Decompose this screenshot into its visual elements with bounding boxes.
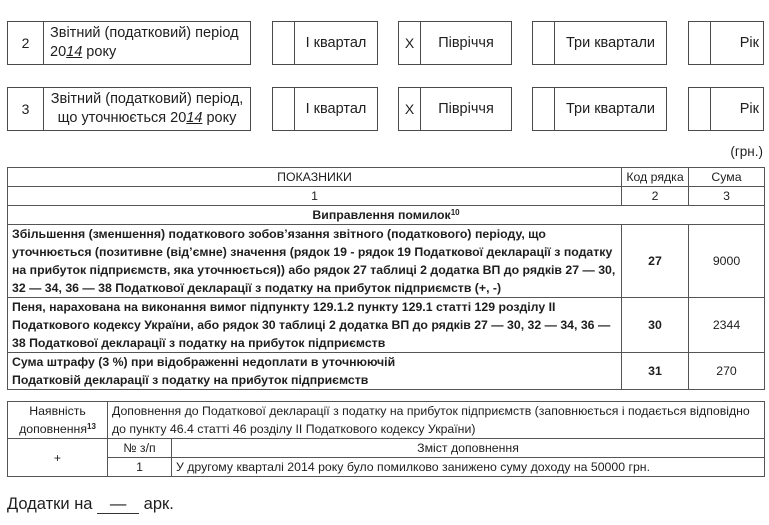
- option-half-year-row3[interactable]: X Півріччя: [398, 87, 512, 131]
- section-title: Виправлення помилок10: [8, 206, 765, 225]
- option-label: Півріччя: [421, 22, 511, 64]
- checkbox-half-year[interactable]: X: [399, 22, 421, 64]
- supplement-header-row: Наявність доповнення13 Доповнення до Под…: [8, 402, 765, 439]
- sheets-count[interactable]: —: [97, 496, 139, 514]
- option-q1-row2[interactable]: І квартал: [272, 21, 378, 65]
- checkbox-year[interactable]: [689, 22, 711, 64]
- table-row: Збільшення (зменшення) податкового зобов…: [8, 225, 765, 298]
- attachments-line: Додатки на — арк.: [7, 495, 174, 514]
- supplement-row: 1 У другому кварталі 2014 року було поми…: [8, 458, 765, 477]
- checkbox-q1[interactable]: [273, 22, 295, 64]
- checkbox-half-year[interactable]: X: [399, 88, 421, 130]
- option-label: І квартал: [295, 22, 377, 64]
- option-half-year-row2[interactable]: X Півріччя: [398, 21, 512, 65]
- section-row: Виправлення помилок10: [8, 206, 765, 225]
- currency-unit: (грн.): [730, 144, 763, 159]
- row-amount[interactable]: 2344: [689, 298, 765, 353]
- table-row: Сума штрафу (3 %) при відображенні недоп…: [8, 353, 765, 390]
- option-three-quarters-row3[interactable]: Три квартали: [532, 87, 667, 131]
- presence-label: Наявність доповнення13: [8, 402, 108, 439]
- indicators-table: ПОКАЗНИКИ Код рядка Сума 1 2 3 Виправлен…: [7, 167, 765, 390]
- option-label: Рік: [711, 22, 763, 64]
- row-amount[interactable]: 9000: [689, 225, 765, 298]
- period-title-box-2: 2 Звітний (податковий) період 2014 року: [7, 21, 251, 65]
- supplement-row-content[interactable]: У другому кварталі 2014 року було помилк…: [172, 458, 765, 477]
- header-line-code: Код рядка: [622, 168, 689, 187]
- header-amount: Сума: [689, 168, 765, 187]
- period-row-number: 2: [8, 22, 44, 64]
- checkbox-year[interactable]: [689, 88, 711, 130]
- option-three-quarters-row2[interactable]: Три квартали: [532, 21, 667, 65]
- period-title: Звітний (податковий) період, що уточнюєт…: [44, 88, 250, 130]
- supplement-row-number: 1: [108, 458, 172, 477]
- row-description: Збільшення (зменшення) податкового зобов…: [8, 225, 622, 298]
- header-row: ПОКАЗНИКИ Код рядка Сума: [8, 168, 765, 187]
- col-content-header: Зміст доповнення: [172, 439, 765, 458]
- option-label: Три квартали: [555, 88, 666, 130]
- row-code: 27: [622, 225, 689, 298]
- footnote-ref: 10: [451, 208, 460, 217]
- supplement-description: Доповнення до Податкової декларації з по…: [108, 402, 765, 439]
- header-indicators: ПОКАЗНИКИ: [8, 168, 622, 187]
- year-underlined: 14: [186, 110, 202, 126]
- column-numbers-row: 1 2 3: [8, 187, 765, 206]
- row-code: 30: [622, 298, 689, 353]
- option-year-row2[interactable]: Рік: [688, 21, 764, 65]
- supplement-columns-row: + № з/п Зміст доповнення: [8, 439, 765, 458]
- period-title-box-3: 3 Звітний (податковий) період, що уточню…: [7, 87, 251, 131]
- presence-value[interactable]: +: [8, 439, 108, 477]
- row-code: 31: [622, 353, 689, 390]
- option-q1-row3[interactable]: І квартал: [272, 87, 378, 131]
- period-row-number: 3: [8, 88, 44, 130]
- year-underlined: 14: [66, 44, 82, 60]
- checkbox-three-quarters[interactable]: [533, 22, 555, 64]
- row-description: Пеня, нарахована на виконання вимог підп…: [8, 298, 622, 353]
- option-year-row3[interactable]: Рік: [688, 87, 764, 131]
- checkbox-three-quarters[interactable]: [533, 88, 555, 130]
- footnote-ref: 13: [87, 422, 96, 431]
- row-description: Сума штрафу (3 %) при відображенні недоп…: [8, 353, 622, 390]
- row-amount[interactable]: 270: [689, 353, 765, 390]
- option-label: Півріччя: [421, 88, 511, 130]
- table-row: Пеня, нарахована на виконання вимог підп…: [8, 298, 765, 353]
- checkbox-q1[interactable]: [273, 88, 295, 130]
- col-number-header: № з/п: [108, 439, 172, 458]
- option-label: Три квартали: [555, 22, 666, 64]
- option-label: І квартал: [295, 88, 377, 130]
- period-title: Звітний (податковий) період 2014 року: [44, 22, 250, 64]
- option-label: Рік: [711, 88, 763, 130]
- supplement-table: Наявність доповнення13 Доповнення до Под…: [7, 401, 765, 477]
